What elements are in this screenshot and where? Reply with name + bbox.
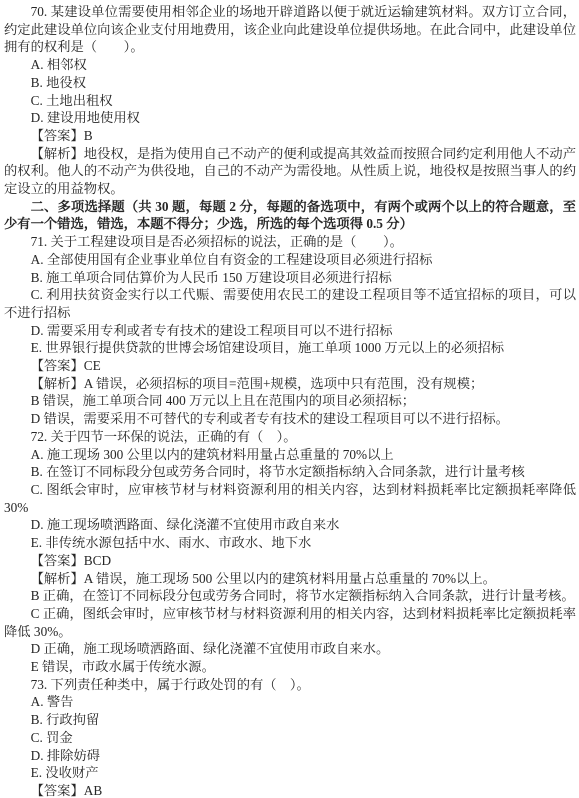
- question-stem: 70. 某建设单位需要使用相邻企业的场地开辟道路以便于就近运输建筑材料。双方订立…: [4, 3, 576, 56]
- analysis-item: B 正确，在签订不同标段分包或劳务合同时，将节水定额指标纳入合同条款，进行计量考…: [4, 587, 576, 605]
- analysis: 【解析】A 错误，必须招标的项目=范围+规模，选项中只有范围，没有规模；: [4, 375, 576, 393]
- option: C. 罚金: [4, 729, 576, 747]
- section-header: 二、多项选择题（共 30 题，每题 2 分，每题的备选项中，有两个或两个以上的符…: [4, 198, 576, 233]
- analysis: 【解析】A 错误，施工现场 500 公里以内的建筑材料用量占总重量的 70%以上…: [4, 570, 576, 588]
- answer: 【答案】AB: [4, 782, 576, 798]
- option: E. 没收财产: [4, 764, 576, 782]
- option: A. 警告: [4, 693, 576, 711]
- option: E. 非传统水源包括中水、雨水、市政水、地下水: [4, 534, 576, 552]
- answer: 【答案】BCD: [4, 552, 576, 570]
- option: A. 相邻权: [4, 56, 576, 74]
- question-stem: 73. 下列责任种类中，属于行政处罚的有（ ）。: [4, 676, 576, 694]
- question-stem: 71. 关于工程建设项目是否必须招标的说法，正确的是（ ）。: [4, 233, 576, 251]
- option: D. 排除妨碍: [4, 747, 576, 765]
- option: E. 世界银行提供贷款的世博会场馆建设项目，施工单项 1000 万元以上的必须招…: [4, 339, 576, 357]
- option: A. 全部使用国有企业事业单位自有资金的工程建设项目必须进行招标: [4, 251, 576, 269]
- answer: 【答案】B: [4, 127, 576, 145]
- option: A. 施工现场 300 公里以内的建筑材料用量占总重量的 70%以上: [4, 446, 576, 464]
- analysis: 【解析】地役权，是指为使用自己不动产的便利或提高其效益而按照合同约定利用他人不动…: [4, 145, 576, 198]
- analysis-item: D 错误，需要采用不可替代的专利或者专有技术的建设工程项目可以不进行招标。: [4, 410, 576, 428]
- question-stem: 72. 关于四节一环保的说法，正确的有（ ）。: [4, 428, 576, 446]
- analysis-item: E 错误，市政水属于传统水源。: [4, 658, 576, 676]
- answer: 【答案】CE: [4, 357, 576, 375]
- option: C. 土地出租权: [4, 92, 576, 110]
- option: B. 地役权: [4, 74, 576, 92]
- analysis-item: B 错误，施工单项合同 400 万元以上且在范围内的项目必须招标；: [4, 392, 576, 410]
- option: B. 在签订不同标段分包或劳务合同时，将节水定额指标纳入合同条款，进行计量考核: [4, 463, 576, 481]
- option: D. 施工现场喷洒路面、绿化浇灌不宜使用市政自来水: [4, 516, 576, 534]
- option: D. 建设用地使用权: [4, 109, 576, 127]
- analysis-item: C 正确，图纸会审时，应审核节材与材料资源利用的相关内容，达到材料损耗率比定额损…: [4, 605, 576, 640]
- option: B. 施工单项合同估算价为人民币 150 万建设项目必须进行招标: [4, 269, 576, 287]
- option: C. 图纸会审时，应审核节材与材料资源利用的相关内容，达到材料损耗率比定额损耗率…: [4, 481, 576, 516]
- exam-document-page: 70. 某建设单位需要使用相邻企业的场地开辟道路以便于就近运输建筑材料。双方订立…: [0, 0, 579, 798]
- analysis-item: D 正确，施工现场喷洒路面、绿化浇灌不宜使用市政自来水。: [4, 640, 576, 658]
- option: B. 行政拘留: [4, 711, 576, 729]
- option: D. 需要采用专利或者专有技术的建设工程项目可以不进行招标: [4, 322, 576, 340]
- option: C. 利用扶贫资金实行以工代赈、需要使用农民工的建设工程项目等不适宜招标的项目，…: [4, 286, 576, 321]
